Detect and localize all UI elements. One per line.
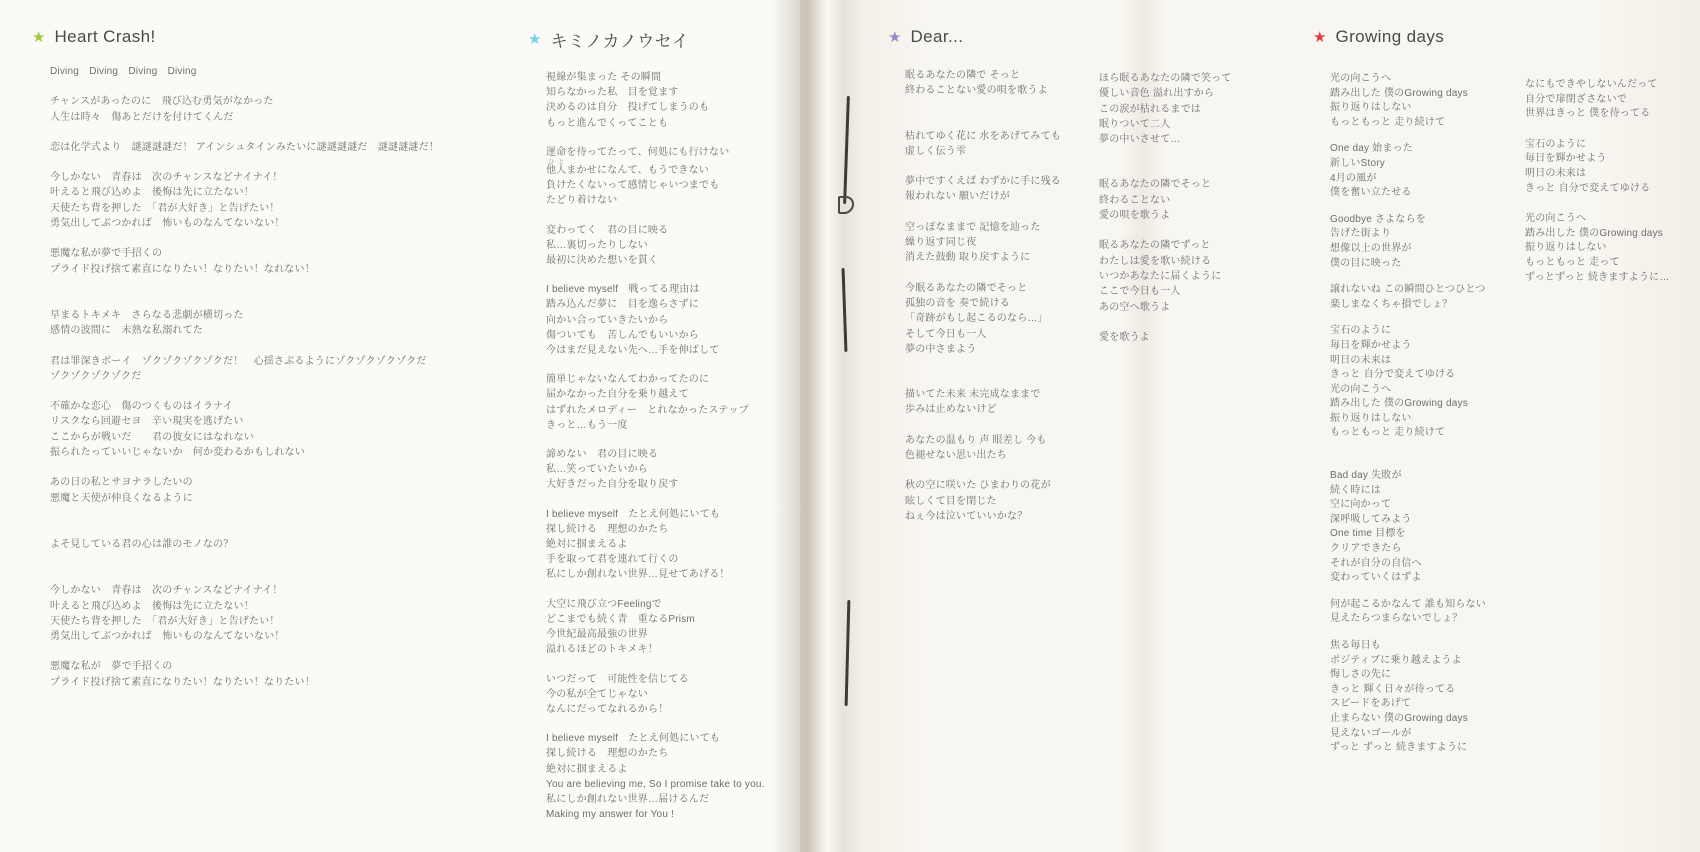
- lyric-line: たどり着けない: [546, 193, 765, 208]
- lyric-line: 優しい音色 溢れ出すから: [1099, 86, 1232, 101]
- lyric-line: 天使たち背を押した 「君が大好き」と告げたい！: [50, 201, 439, 216]
- lyric-line: ポジティブに乗り越えようよ: [1330, 654, 1486, 669]
- lyric-line: 悪魔な私が夢で手招くの: [50, 246, 439, 261]
- lyric-line: One time 目標を: [1330, 527, 1486, 542]
- lyric-line: 毎日を輝かせよう: [1330, 339, 1486, 354]
- stanza: 眠るあなたの隣で そっと終わることない愛の唄を歌うよ: [905, 68, 1061, 99]
- lyric-line: 夢の中いさせて…: [1099, 132, 1232, 147]
- lyric-line: 天使たち背を押した 「君が大好き」と告げたい！: [50, 614, 439, 629]
- lyric-line: 僕の目に映った: [1330, 257, 1486, 272]
- lyrics-column: 視線が集まった その瞬間知らなかった私 目を覚ます決めるのは自分 投げてしまうの…: [546, 70, 765, 822]
- lyric-line: 4月の風が: [1330, 172, 1486, 187]
- song-header: ★キミノカノウセイ: [528, 27, 689, 52]
- song-title: Dear...: [910, 27, 963, 47]
- lyric-line: 眩しくて目を閉じた: [905, 494, 1061, 509]
- lyric-line: 簡単じゃないなんてわかってたのに: [546, 372, 765, 387]
- lyric-line: You are believing me, So I promise take …: [546, 777, 765, 792]
- stanza: いつだって 可能性を信じてる今の私が全てじゃないなんにだってなれるから！: [546, 672, 765, 718]
- lyric-line: 今はまだ見えない先へ…手を伸ばして: [546, 343, 765, 358]
- lyric-line: リスクなら回避セヨ 辛い現実を逃げたい: [50, 414, 439, 429]
- star-icon: ★: [528, 32, 541, 47]
- lyric-line: 振り返りはしない: [1525, 241, 1670, 256]
- lyric-line: ねぇ今は泣いていいかな？: [905, 509, 1061, 524]
- stanza: ほら眠るあなたの隣で笑って優しい音色 溢れ出すからこの涙が枯れるまでは眠りついて…: [1099, 71, 1232, 147]
- lyric-line: Diving Diving Diving Diving: [50, 64, 439, 79]
- lyric-line: チャンスがあったのに 飛び込む勇気がなかった: [50, 94, 439, 109]
- lyric-line: きっと 輝く日々が待ってる: [1330, 683, 1486, 698]
- lyric-line: Bad day 失敗が: [1330, 469, 1486, 484]
- lyric-line: 眠るあなたの隣でずっと: [1099, 238, 1232, 253]
- lyric-line: 感情の波間に 未熟な私溺れてた: [50, 323, 439, 338]
- star-icon: ★: [1313, 30, 1326, 45]
- stanza: 宝石のように毎日を輝かせよう明日の未来はきっと 自分で変えてゆける光の向こうへ踏…: [1330, 324, 1486, 441]
- lyric-line: 空っぽなままで 記憶を辿った: [905, 220, 1061, 235]
- lyric-line: 決めるのは自分 投げてしまうのも: [546, 100, 765, 115]
- lyric-line: もっともっと 走って: [1525, 256, 1670, 271]
- stanza: I believe myself 戦ってる理由は踏み込んだ夢に 目を逸らさずに向…: [546, 282, 765, 358]
- lyric-line: 光の向こうへ: [1525, 212, 1670, 227]
- stanza: あなたの温もり 声 眼差し 今も色褪せない思い出たち: [905, 433, 1061, 464]
- lyric-line: 僕を奮い立たせる: [1330, 186, 1486, 201]
- lyric-line: 焦る毎日も: [1330, 639, 1486, 654]
- lyric-line: 手を取って君を連れて行くの: [546, 552, 765, 567]
- lyric-line: 終わることない: [1099, 193, 1232, 208]
- lyric-line: 振り返りはしない: [1330, 412, 1486, 427]
- lyric-line: 今眠るあなたの隣でそっと: [905, 281, 1061, 296]
- lyric-line: 叶えると飛び込めよ 後悔は先に立たない！: [50, 185, 439, 200]
- lyric-line: 続く時には: [1330, 484, 1486, 499]
- lyric-line: ずっとずっと 続きますように…: [1525, 271, 1670, 286]
- lyric-line: 叶えると飛び込めよ 後悔は先に立たない！: [50, 599, 439, 614]
- stanza: なにもできやしないんだって自分で扉閉ざさないで世界はきっと 僕を待ってる: [1525, 78, 1670, 122]
- stanza: 変わってく 君の目に映る私…裏切ったりしない最初に決めた想いを貫く: [546, 223, 765, 269]
- stanza: 秋の空に咲いた ひまわりの花が眩しくて目を閉じたねぇ今は泣いていいかな？: [905, 478, 1061, 524]
- lyric-line: きっと…もう一度: [546, 418, 765, 433]
- stanza: 今眠るあなたの隣でそっと孤独の音を 奏で続ける「奇跡がもし起こるのなら…」そして…: [905, 281, 1061, 357]
- lyric-line: わたしは愛を歌い続ける: [1099, 254, 1232, 269]
- lyric-line: 大好きだった自分を取り戻す: [546, 477, 765, 492]
- lyric-line: あの空へ歌うよ: [1099, 300, 1232, 315]
- lyric-line: きっと 自分で変えてゆける: [1330, 368, 1486, 383]
- lyric-line: 恋は化学式より 謎謎謎謎だ！ アインシュタインみたいに謎謎謎謎だ 謎謎謎謎だ！: [50, 140, 439, 155]
- stanza: 枯れてゆく花に 水をあげてみても虚しく伝う雫: [905, 129, 1061, 160]
- lyric-line: 私…笑っていたいから: [546, 462, 765, 477]
- lyric-line: 振り返りはしない: [1330, 101, 1486, 116]
- lyric-line: 描いてた未来 未完成なままで: [905, 387, 1061, 402]
- lyric-line: 眠りついて二人: [1099, 117, 1232, 132]
- lyric-line: 愛を歌うよ: [1099, 330, 1232, 345]
- lyric-line: 宝石のように: [1330, 324, 1486, 339]
- lyric-line: 秋の空に咲いた ひまわりの花が: [905, 478, 1061, 493]
- lyric-line: プライド投げ捨て素直になりたい！なりたい！なれない！: [50, 262, 439, 277]
- lyric-line: 溢れるほどのトキメキ！: [546, 642, 765, 657]
- lyric-line: 踏み出した 僕のGrowing days: [1525, 227, 1670, 242]
- stanza: Diving Diving Diving Diving: [50, 64, 439, 79]
- lyric-line: 踏み出した 僕のGrowing days: [1330, 87, 1486, 102]
- lyric-line: スピードをあげて: [1330, 697, 1486, 712]
- lyric-line: 探し続ける 理想のかたち: [546, 522, 765, 537]
- lyric-line: 想像以上の世界が: [1330, 242, 1486, 257]
- stanza: 不確かな恋心 傷のつくものはイラナイリスクなら回避セヨ 辛い現実を逃げたいここか…: [50, 399, 439, 460]
- lyric-line: 振られたっていいじゃないか 何か変わるかもしれない: [50, 445, 439, 460]
- lyric-line: きっと 自分で変えてゆける: [1525, 182, 1670, 197]
- lyric-line: 変わってく 君の目に映る: [546, 223, 765, 238]
- lyrics-column: 光の向こうへ踏み出した 僕のGrowing days振り返りはしないもっともっと…: [1330, 72, 1486, 756]
- lyric-line: 悪魔な私が 夢で手招くの: [50, 659, 439, 674]
- stanza: 簡単じゃないなんてわかってたのに届かなかった自分を乗り越えてはずれたメロディー …: [546, 372, 765, 433]
- lyric-line: なにもできやしないんだって: [1525, 78, 1670, 93]
- stanza: Bad day 失敗が続く時には空に向かって深呼吸してみようOne time 目…: [1330, 469, 1486, 586]
- song-title: Growing days: [1335, 27, 1444, 47]
- lyric-line: I believe myself たとえ何処にいても: [546, 507, 765, 522]
- lyric-line: 人生は時々 傷あとだけを付けてくんだ: [50, 110, 439, 125]
- lyric-line: 探し続ける 理想のかたち: [546, 746, 765, 761]
- lyric-line: 見えたらつまらないでしょ？: [1330, 612, 1486, 627]
- stanza: 恋は化学式より 謎謎謎謎だ！ アインシュタインみたいに謎謎謎謎だ 謎謎謎謎だ！: [50, 140, 439, 155]
- stanza: Goodbye さよならを告げた街より想像以上の世界が僕の目に映った: [1330, 213, 1486, 271]
- stanza: よそ見している君の心は誰のモノなの？: [50, 537, 439, 552]
- lyric-line: 最初に決めた想いを貫く: [546, 253, 765, 268]
- lyric-line: プライド投げ捨て素直になりたい！なりたい！なりたい！: [50, 675, 439, 690]
- lyric-line: 眠るあなたの隣でそっと: [1099, 177, 1232, 192]
- lyric-line: 今の私が全てじゃない: [546, 687, 765, 702]
- lyric-line: 私…裏切ったりしない: [546, 238, 765, 253]
- song-title: キミノカノウセイ: [550, 27, 689, 52]
- lyric-line: 私にしか創れない世界…見せてあげる！: [546, 567, 765, 582]
- lyric-line: 踏み出した 僕のGrowing days: [1330, 397, 1486, 412]
- lyric-line: 眠るあなたの隣で そっと: [905, 68, 1061, 83]
- lyric-line: I believe myself たとえ何処にいても: [546, 731, 765, 746]
- song-title: Heart Crash!: [54, 27, 155, 47]
- lyric-line: 運命を待ってたって、何処にも行けない: [546, 145, 765, 160]
- ruby-annotated-word: 他人ひと: [546, 165, 566, 176]
- lyric-line: 世界はきっと 僕を待ってる: [1525, 107, 1670, 122]
- stanza: 眠るあなたの隣でそっと終わることない愛の唄を歌うよ: [1099, 177, 1232, 223]
- lyric-line: 報われない 願いだけが: [905, 189, 1061, 204]
- stanza: 悪魔な私が 夢で手招くのプライド投げ捨て素直になりたい！なりたい！なりたい！: [50, 659, 439, 690]
- lyric-line: 光の向こうへ: [1330, 383, 1486, 398]
- stanza: 大空に飛び立つFeelingでどこまでも続く青 重なるPrism今世紀最高最強の…: [546, 597, 765, 658]
- lyric-line: 「奇跡がもし起こるのなら…」: [905, 311, 1061, 326]
- lyric-booklet-spread: ★Heart Crash!Diving Diving Diving Diving…: [0, 0, 1700, 852]
- lyric-line: 終わることない愛の唄を歌うよ: [905, 83, 1061, 98]
- lyric-line: Goodbye さよならを: [1330, 213, 1486, 228]
- stanza: 早まるトキメキ さらなる悲劇が横切った感情の波間に 未熟な私溺れてた: [50, 308, 439, 339]
- star-icon: ★: [32, 30, 45, 45]
- lyric-line: 傷ついても 苦しんでもいいから: [546, 328, 765, 343]
- lyrics-column: ほら眠るあなたの隣で笑って優しい音色 溢れ出すからこの涙が枯れるまでは眠りついて…: [1099, 71, 1232, 345]
- lyric-line: あなたの温もり 声 眼差し 今も: [905, 433, 1061, 448]
- lyric-line: 届かなかった自分を乗り越えて: [546, 387, 765, 402]
- lyric-line: 楽しまなくちゃ損でしょ？: [1330, 298, 1486, 313]
- lyric-line: 歩みは止めないけど: [905, 402, 1061, 417]
- lyric-line: ほら眠るあなたの隣で笑って: [1099, 71, 1232, 86]
- lyric-line: 明日の未来は: [1330, 354, 1486, 369]
- stanza: 諦めない 君の目に映る私…笑っていたいから大好きだった自分を取り戻す: [546, 447, 765, 493]
- lyric-line: 諦めない 君の目に映る: [546, 447, 765, 462]
- stanza: I believe myself たとえ何処にいても探し続ける 理想のかたち絶対…: [546, 731, 765, 822]
- stanza: 光の向こうへ踏み出した 僕のGrowing days振り返りはしないもっともっと…: [1330, 72, 1486, 130]
- lyric-line: 深呼吸してみよう: [1330, 513, 1486, 528]
- lyric-line: 自分で扉閉ざさないで: [1525, 93, 1670, 108]
- lyric-line: 光の向こうへ: [1330, 72, 1486, 87]
- star-icon: ★: [888, 30, 901, 45]
- stanza: 眠るあなたの隣でずっとわたしは愛を歌い続けるいつかあなたに届くようにここで今日も…: [1099, 238, 1232, 314]
- stanza: I believe myself たとえ何処にいても探し続ける 理想のかたち絶対…: [546, 507, 765, 583]
- lyric-line: 夢中ですくえば わずかに手に残る: [905, 174, 1061, 189]
- lyrics-column: Diving Diving Diving Divingチャンスがあったのに 飛び…: [50, 64, 439, 690]
- stanza: 君は罪深きボーイ ゾクゾクゾクゾクだ！ 心揺さぶるようにゾクゾクゾクゾクだゾクゾ…: [50, 354, 439, 385]
- lyric-line: 変わっていくはずよ: [1330, 571, 1486, 586]
- lyric-line: いつかあなたに届くように: [1099, 269, 1232, 284]
- stanza: 焦る毎日もポジティブに乗り越えようよ悔しさの先にきっと 輝く日々が待ってるスピー…: [1330, 639, 1486, 756]
- stanza: 愛を歌うよ: [1099, 330, 1232, 345]
- lyric-line: ずっと ずっと 続きますように: [1330, 741, 1486, 756]
- stanza: あの日の私とサヨナラしたいの悪魔と天使が仲良くなるように: [50, 475, 439, 506]
- lyric-line: 私にしか創れない世界…届けるんだ: [546, 792, 765, 807]
- lyric-line: 向かい合っていきたいから: [546, 313, 765, 328]
- lyric-line: 告げた街より: [1330, 227, 1486, 242]
- lyric-line: 今しかない 青春は 次のチャンスなどナイナイ！: [50, 583, 439, 598]
- stanza: 夢中ですくえば わずかに手に残る報われない 願いだけが: [905, 174, 1061, 205]
- stanza: 空っぽなままで 記憶を辿った繰り返す同じ夜消えた鼓動 取り戻すように: [905, 220, 1061, 266]
- lyric-line: 視線が集まった その瞬間: [546, 70, 765, 85]
- lyric-line: 新しいStory: [1330, 157, 1486, 172]
- lyric-line: もっともっと 走り続けて: [1330, 116, 1486, 131]
- lyric-line: 孤独の音を 奏で続ける: [905, 296, 1061, 311]
- lyric-line: Making my answer for You !: [546, 807, 765, 822]
- lyric-line: 他人ひとまかせになんて、もうできない: [546, 160, 765, 178]
- lyric-line: 譲れないね この瞬間ひとつひとつ: [1330, 283, 1486, 298]
- lyrics-column: 眠るあなたの隣で そっと終わることない愛の唄を歌うよ枯れてゆく花に 水をあげてみ…: [905, 68, 1061, 524]
- lyric-line: 枯れてゆく花に 水をあげてみても: [905, 129, 1061, 144]
- lyric-line: どこまでも続く青 重なるPrism: [546, 612, 765, 627]
- lyric-line: 何が起こるかなんて 誰も知らない: [1330, 598, 1486, 613]
- lyric-line: 空に向かって: [1330, 498, 1486, 513]
- stanza: 視線が集まった その瞬間知らなかった私 目を覚ます決めるのは自分 投げてしまうの…: [546, 70, 765, 131]
- lyrics-column: なにもできやしないんだって自分で扉閉ざさないで世界はきっと 僕を待ってる宝石のよ…: [1525, 78, 1670, 285]
- lyric-line: 色褪せない思い出たち: [905, 448, 1061, 463]
- lyric-line: 消えた鼓動 取り戻すように: [905, 250, 1061, 265]
- lyric-line: ゾクゾクゾクゾクだ: [50, 369, 439, 384]
- lyric-line: 勇気出してぶつかれば 怖いものなんてないない！: [50, 629, 439, 644]
- lyric-line: 絶対に掴まえるよ: [546, 537, 765, 552]
- lyric-line: もっと進んでくってことも: [546, 116, 765, 131]
- lyric-line: あの日の私とサヨナラしたいの: [50, 475, 439, 490]
- lyric-line: なんにだってなれるから！: [546, 702, 765, 717]
- stanza: 宝石のように毎日を輝かせよう明日の未来はきっと 自分で変えてゆける: [1525, 138, 1670, 196]
- lyric-line: 知らなかった私 目を覚ます: [546, 85, 765, 100]
- stanza: チャンスがあったのに 飛び込む勇気がなかった人生は時々 傷あとだけを付けてくんだ: [50, 94, 439, 125]
- lyric-line: いつだって 可能性を信じてる: [546, 672, 765, 687]
- lyric-line: そして今日も一人: [905, 327, 1061, 342]
- lyric-line: 夢の中さまよう: [905, 342, 1061, 357]
- lyric-line: 早まるトキメキ さらなる悲劇が横切った: [50, 308, 439, 323]
- song-header: ★Dear...: [888, 27, 963, 47]
- lyric-line: 負けたくないって感情じゃいつまでも: [546, 178, 765, 193]
- lyric-line: 宝石のように: [1525, 138, 1670, 153]
- lyric-line: One day 始まった: [1330, 142, 1486, 157]
- lyric-line: 明日の未来は: [1525, 167, 1670, 182]
- lyric-line: ここで今日も一人: [1099, 284, 1232, 299]
- lyric-line: クリアできたら: [1330, 542, 1486, 557]
- lyric-line: ここからが戦いだ 君の彼女にはなれない: [50, 430, 439, 445]
- stanza: One day 始まった新しいStory4月の風が僕を奮い立たせる: [1330, 142, 1486, 200]
- stanza: 何が起こるかなんて 誰も知らない見えたらつまらないでしょ？: [1330, 598, 1486, 627]
- lyric-line: 悔しさの先に: [1330, 668, 1486, 683]
- lyric-line: 虚しく伝う雫: [905, 144, 1061, 159]
- lyric-line: 悪魔と天使が仲良くなるように: [50, 491, 439, 506]
- lyric-line: よそ見している君の心は誰のモノなの？: [50, 537, 439, 552]
- lyric-line: 絶対に掴まえるよ: [546, 762, 765, 777]
- lyric-line: 大空に飛び立つFeelingで: [546, 597, 765, 612]
- song-header: ★Growing days: [1313, 27, 1444, 47]
- lyric-line: I believe myself 戦ってる理由は: [546, 282, 765, 297]
- lyric-line: 今世紀最高最強の世界: [546, 627, 765, 642]
- lyric-line: 勇気出してぶつかれば 怖いものなんてないない！: [50, 216, 439, 231]
- stanza: 描いてた未来 未完成なままで歩みは止めないけど: [905, 387, 1061, 418]
- lyric-line: 見えないゴールが: [1330, 727, 1486, 742]
- lyric-line: もっともっと 走り続けて: [1330, 426, 1486, 441]
- stanza: 今しかない 青春は 次のチャンスなどナイナイ！叶えると飛び込めよ 後悔は先に立た…: [50, 583, 439, 644]
- lyric-line: はずれたメロディー とれなかったステップ: [546, 403, 765, 418]
- stanza: 運命を待ってたって、何処にも行けない他人ひとまかせになんて、もうできない負けたく…: [546, 145, 765, 209]
- lyric-line: 止まらない 僕のGrowing days: [1330, 712, 1486, 727]
- stanza: 今しかない 青春は 次のチャンスなどナイナイ！叶えると飛び込めよ 後悔は先に立た…: [50, 170, 439, 231]
- song-header: ★Heart Crash!: [32, 27, 156, 47]
- lyric-line: それが自分の自信へ: [1330, 557, 1486, 572]
- lyric-line: 不確かな恋心 傷のつくものはイラナイ: [50, 399, 439, 414]
- lyric-line: 君は罪深きボーイ ゾクゾクゾクゾクだ！ 心揺さぶるようにゾクゾクゾクゾクだ: [50, 354, 439, 369]
- lyric-line: 繰り返す同じ夜: [905, 235, 1061, 250]
- lyric-line: 愛の唄を歌うよ: [1099, 208, 1232, 223]
- stanza: 悪魔な私が夢で手招くのプライド投げ捨て素直になりたい！なりたい！なれない！: [50, 246, 439, 277]
- lyric-line: 今しかない 青春は 次のチャンスなどナイナイ！: [50, 170, 439, 185]
- lyric-line: 踏み込んだ夢に 目を逸らさずに: [546, 297, 765, 312]
- lyric-line: この涙が枯れるまでは: [1099, 102, 1232, 117]
- stanza: 光の向こうへ踏み出した 僕のGrowing days振り返りはしないもっともっと…: [1525, 212, 1670, 285]
- stanza: 譲れないね この瞬間ひとつひとつ楽しまなくちゃ損でしょ？: [1330, 283, 1486, 312]
- lyric-line: 毎日を輝かせよう: [1525, 152, 1670, 167]
